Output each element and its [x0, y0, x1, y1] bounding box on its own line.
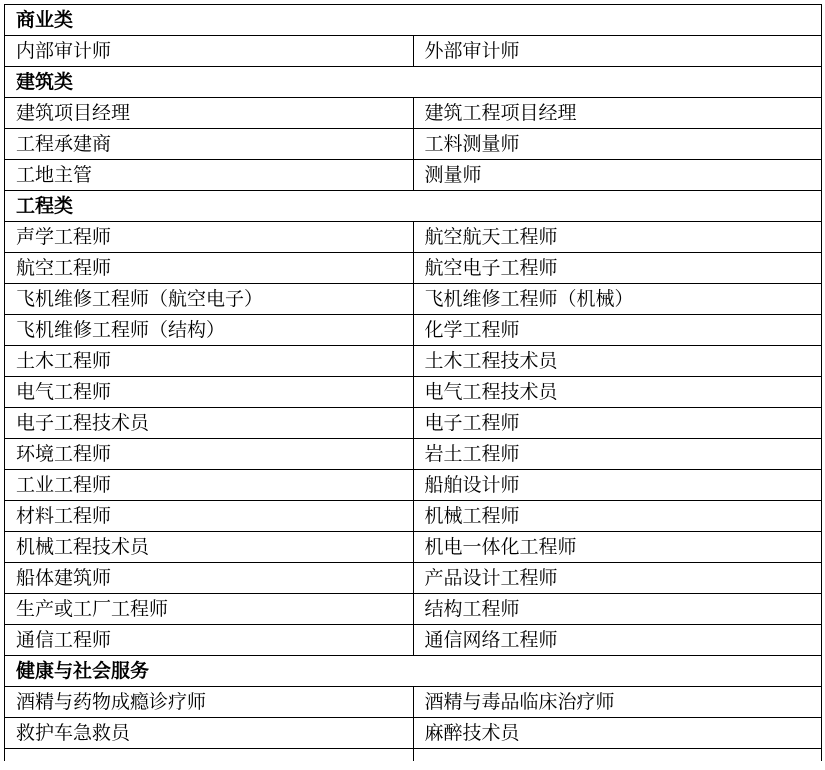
table-row: 救护车急救员 麻醉技术员 [5, 718, 822, 749]
occupation-cell: 土木工程技术员 [413, 346, 822, 377]
occupation-cell: 飞机维修工程师（航空电子） [5, 284, 414, 315]
occupation-cell: 航空航天工程师 [413, 222, 822, 253]
occupation-cell: 测量师 [413, 160, 822, 191]
category-row-construction: 建筑类 [5, 67, 822, 98]
occupation-cell: 酒精与药物成瘾诊疗师 [5, 687, 414, 718]
occupation-cell: 救护车急救员 [5, 718, 414, 749]
occupation-cell: 工程承建商 [5, 129, 414, 160]
table-row: 电气工程师 电气工程技术员 [5, 377, 822, 408]
table-row: 内部审计师 外部审计师 [5, 36, 822, 67]
occupation-cell: 工料测量师 [413, 129, 822, 160]
table-row: 工地主管 测量师 [5, 160, 822, 191]
occupation-cell: 内部审计师 [5, 36, 414, 67]
occupation-cell: 通信工程师 [5, 625, 414, 656]
table-row: 建筑项目经理 建筑工程项目经理 [5, 98, 822, 129]
occupation-cell: 土木工程师 [5, 346, 414, 377]
occupation-cell: 航空电子工程师 [413, 253, 822, 284]
occupation-cell: 电气工程技术员 [413, 377, 822, 408]
category-heading: 工程类 [5, 191, 822, 222]
table-row: 通信工程师 通信网络工程师 [5, 625, 822, 656]
occupation-cell: 产品设计工程师 [413, 563, 822, 594]
occupation-cell: 船舶设计师 [413, 470, 822, 501]
occupation-cell: 环境工程师 [5, 439, 414, 470]
table-row: 航空工程师 航空电子工程师 [5, 253, 822, 284]
table-row: 机械工程技术员 机电一体化工程师 [5, 532, 822, 563]
occupation-cell: 建筑工程项目经理 [413, 98, 822, 129]
table-row-cutoff [5, 749, 822, 761]
table-row: 飞机维修工程师（航空电子） 飞机维修工程师（机械） [5, 284, 822, 315]
occupation-cell: 飞机维修工程师（机械） [413, 284, 822, 315]
table-row: 电子工程技术员 电子工程师 [5, 408, 822, 439]
table-row: 船体建筑师 产品设计工程师 [5, 563, 822, 594]
category-heading: 健康与社会服务 [5, 656, 822, 687]
occupation-cell: 船体建筑师 [5, 563, 414, 594]
occupation-cell: 岩土工程师 [413, 439, 822, 470]
occupation-cell: 声学工程师 [5, 222, 414, 253]
table-row: 工程承建商 工料测量师 [5, 129, 822, 160]
occupation-cell-empty [413, 749, 822, 761]
occupation-cell: 建筑项目经理 [5, 98, 414, 129]
occupation-cell: 飞机维修工程师（结构） [5, 315, 414, 346]
occupation-table: 商业类 内部审计师 外部审计师 建筑类 建筑项目经理 建筑工程项目经理 工程承建… [4, 4, 822, 761]
category-heading: 建筑类 [5, 67, 822, 98]
occupation-cell: 酒精与毒品临床治疗师 [413, 687, 822, 718]
occupation-cell: 生产或工厂工程师 [5, 594, 414, 625]
occupation-cell: 工地主管 [5, 160, 414, 191]
table-row: 环境工程师 岩土工程师 [5, 439, 822, 470]
occupation-cell: 结构工程师 [413, 594, 822, 625]
occupation-cell: 机械工程技术员 [5, 532, 414, 563]
occupation-cell: 化学工程师 [413, 315, 822, 346]
occupation-cell: 材料工程师 [5, 501, 414, 532]
table-row: 材料工程师 机械工程师 [5, 501, 822, 532]
table-row: 酒精与药物成瘾诊疗师 酒精与毒品临床治疗师 [5, 687, 822, 718]
occupation-cell: 工业工程师 [5, 470, 414, 501]
occupation-cell: 通信网络工程师 [413, 625, 822, 656]
category-heading: 商业类 [5, 5, 822, 36]
occupation-cell: 麻醉技术员 [413, 718, 822, 749]
occupation-cell: 电子工程技术员 [5, 408, 414, 439]
category-row-engineering: 工程类 [5, 191, 822, 222]
occupation-cell-empty [5, 749, 414, 761]
table-row: 飞机维修工程师（结构） 化学工程师 [5, 315, 822, 346]
table-row: 工业工程师 船舶设计师 [5, 470, 822, 501]
occupation-cell: 机械工程师 [413, 501, 822, 532]
table-row: 声学工程师 航空航天工程师 [5, 222, 822, 253]
occupation-cell: 航空工程师 [5, 253, 414, 284]
occupation-cell: 电子工程师 [413, 408, 822, 439]
category-row-health-social: 健康与社会服务 [5, 656, 822, 687]
occupation-cell: 机电一体化工程师 [413, 532, 822, 563]
table-row: 生产或工厂工程师 结构工程师 [5, 594, 822, 625]
category-row-business: 商业类 [5, 5, 822, 36]
occupation-cell: 电气工程师 [5, 377, 414, 408]
occupation-cell: 外部审计师 [413, 36, 822, 67]
table-row: 土木工程师 土木工程技术员 [5, 346, 822, 377]
